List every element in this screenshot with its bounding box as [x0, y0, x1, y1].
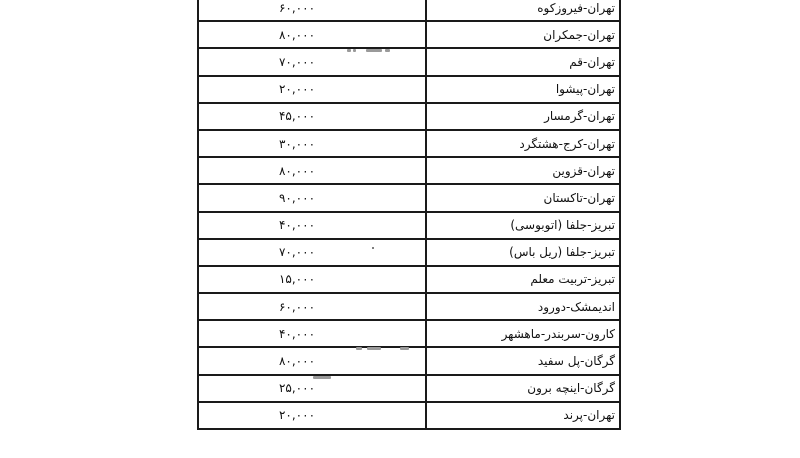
scan-artifact: [353, 49, 356, 52]
route-cell: تهران-گرمسار: [426, 103, 620, 130]
scan-speck: [372, 247, 374, 249]
route-cell: کارون-سربندر-ماهشهر: [426, 320, 620, 347]
route-cell: تهران-قم: [426, 48, 620, 75]
price-cell: ۴۰,۰۰۰: [198, 212, 426, 239]
price-cell: ۴۰,۰۰۰: [198, 320, 426, 347]
route-cell: تهران-کرج-هشتگرد: [426, 130, 620, 157]
table-row: ۴۰,۰۰۰ کارون-سربندر-ماهشهر: [198, 320, 620, 347]
price-cell: ۳۰,۰۰۰: [198, 130, 426, 157]
table-row: ۴۵,۰۰۰ تهران-گرمسار: [198, 103, 620, 130]
route-cell: تهران-فیروزکوه: [426, 0, 620, 21]
route-cell: تهران-جمکران: [426, 21, 620, 48]
table-row: ۸۰,۰۰۰ تهران-جمکران: [198, 21, 620, 48]
route-fare-table: ۶۰,۰۰۰ تهران-فیروزکوه ۸۰,۰۰۰ تهران-جمکرا…: [197, 0, 621, 430]
table-row: ۲۰,۰۰۰ تهران-پرند: [198, 402, 620, 429]
scan-artifact: [400, 347, 409, 350]
route-cell: تبریز-جلفا (ریل باس): [426, 239, 620, 266]
price-cell: ۸۰,۰۰۰: [198, 21, 426, 48]
price-cell: ۷۰,۰۰۰: [198, 239, 426, 266]
price-cell: ۴۵,۰۰۰: [198, 103, 426, 130]
route-cell: گرگان-اینچه برون: [426, 375, 620, 402]
route-cell: تهران-قزوین: [426, 157, 620, 184]
scan-artifact: [385, 49, 390, 52]
table-row: ۷۰,۰۰۰ تهران-قم: [198, 48, 620, 75]
table-row: ۲۵,۰۰۰ گرگان-اینچه برون: [198, 375, 620, 402]
table-row: ۲۰,۰۰۰ تهران-پیشوا: [198, 76, 620, 103]
price-cell: ۲۰,۰۰۰: [198, 402, 426, 429]
table-row: ۴۰,۰۰۰ تبریز-جلفا (اتوبوسی): [198, 212, 620, 239]
price-cell: ۶۰,۰۰۰: [198, 0, 426, 21]
scan-artifact: [356, 347, 362, 350]
route-cell: تهران-پرند: [426, 402, 620, 429]
table-row: ۱۵,۰۰۰ تبریز-تربیت معلم: [198, 266, 620, 293]
scanned-document-page: ۶۰,۰۰۰ تهران-فیروزکوه ۸۰,۰۰۰ تهران-جمکرا…: [0, 0, 800, 458]
table-row: ۸۰,۰۰۰ تهران-قزوین: [198, 157, 620, 184]
table-row: ۹۰,۰۰۰ تهران-تاکستان: [198, 184, 620, 211]
table-row: ۸۰,۰۰۰ گرگان-پل سفید: [198, 347, 620, 374]
price-cell: ۷۰,۰۰۰: [198, 48, 426, 75]
scan-artifact: [347, 49, 351, 52]
scan-artifact: [313, 376, 331, 379]
route-cell: تهران-پیشوا: [426, 76, 620, 103]
route-cell: تهران-تاکستان: [426, 184, 620, 211]
price-cell: ۸۰,۰۰۰: [198, 157, 426, 184]
scan-artifact: [366, 49, 382, 52]
price-cell: ۲۰,۰۰۰: [198, 76, 426, 103]
table-row: ۶۰,۰۰۰ اندیمشک-دورود: [198, 293, 620, 320]
route-cell: تبریز-تربیت معلم: [426, 266, 620, 293]
scan-artifact: [367, 347, 381, 350]
price-cell: ۱۵,۰۰۰: [198, 266, 426, 293]
price-cell: ۸۰,۰۰۰: [198, 347, 426, 374]
route-cell: تبریز-جلفا (اتوبوسی): [426, 212, 620, 239]
table-row: ۳۰,۰۰۰ تهران-کرج-هشتگرد: [198, 130, 620, 157]
table-row: ۷۰,۰۰۰ تبریز-جلفا (ریل باس): [198, 239, 620, 266]
price-cell: ۲۵,۰۰۰: [198, 375, 426, 402]
price-cell: ۹۰,۰۰۰: [198, 184, 426, 211]
table-row: ۶۰,۰۰۰ تهران-فیروزکوه: [198, 0, 620, 21]
price-cell: ۶۰,۰۰۰: [198, 293, 426, 320]
route-cell: اندیمشک-دورود: [426, 293, 620, 320]
route-cell: گرگان-پل سفید: [426, 347, 620, 374]
